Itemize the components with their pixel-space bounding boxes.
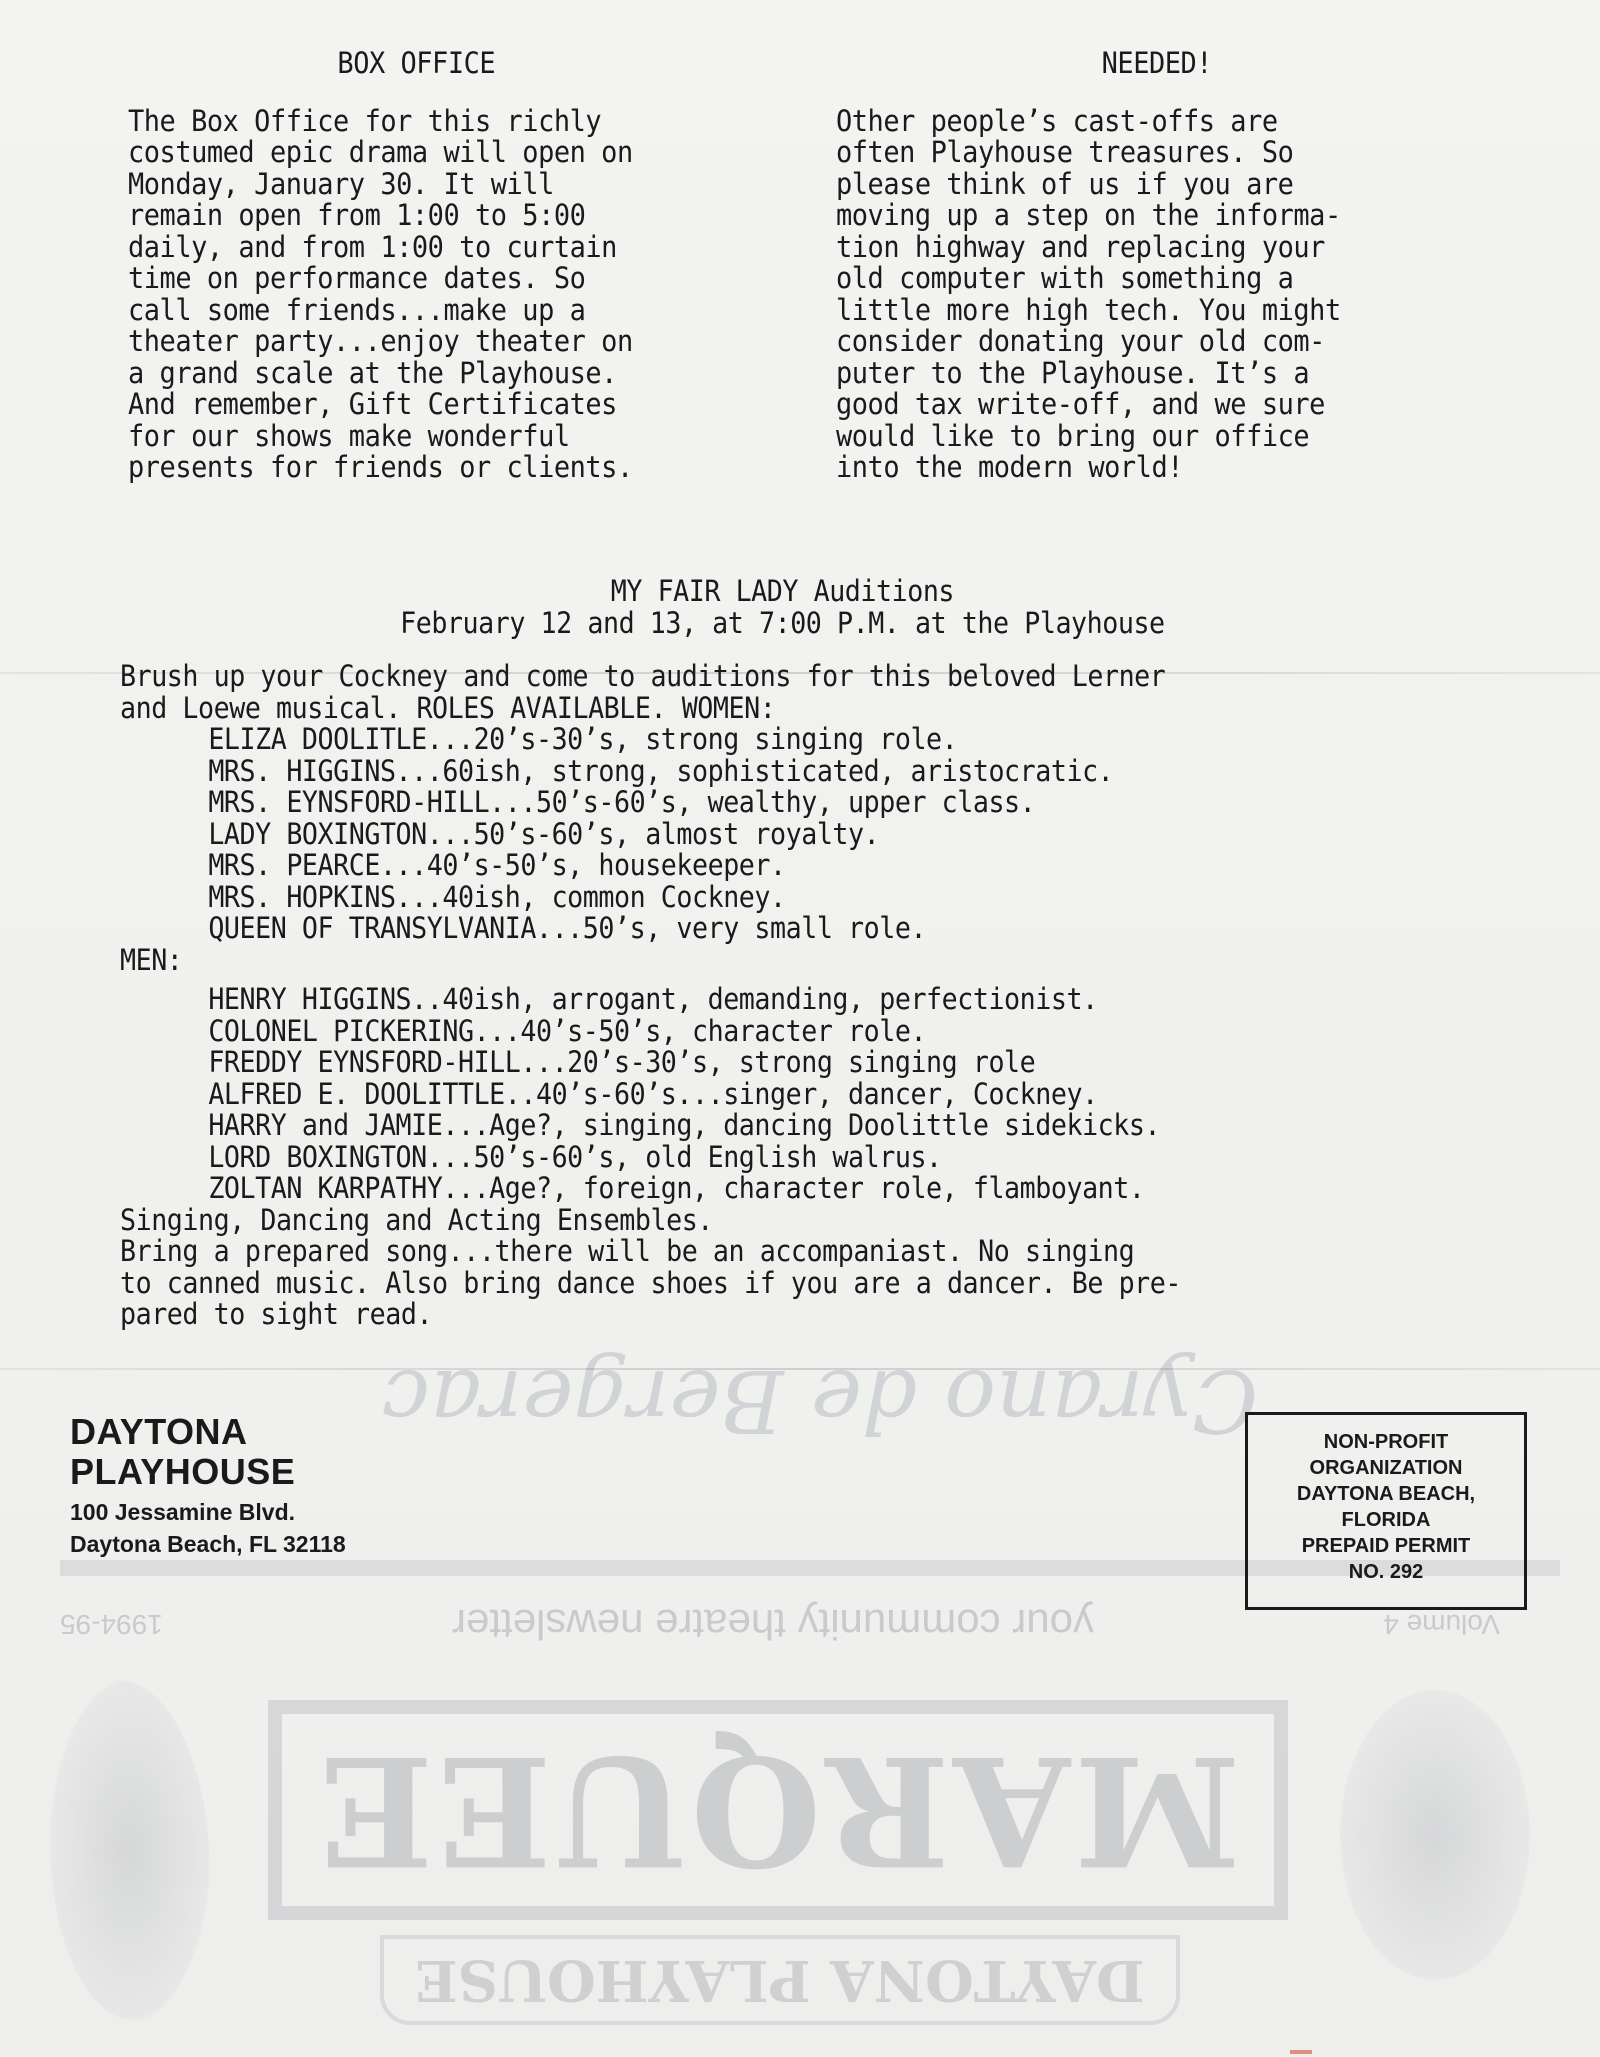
box-office-section: BOX OFFICE The Box Office for this richl… — [128, 48, 705, 484]
auditions-intro: Brush up your Cockney and come to auditi… — [120, 661, 1408, 724]
auditions-dates: February 12 and 13, at 7:00 P.M. at the … — [120, 608, 1408, 640]
role-item: ZOLTAN KARPATHY...Age?, foreign, charact… — [208, 1173, 1408, 1205]
permit-line: PREPAID PERMIT — [1248, 1533, 1524, 1559]
postage-permit-box: NON-PROFIT ORGANIZATION DAYTONA BEACH, F… — [1245, 1412, 1527, 1610]
role-item: HENRY HIGGINS..40ish, arrogant, demandin… — [208, 984, 1408, 1016]
bleed-through-masthead: MARQUEE — [268, 1700, 1288, 1920]
box-office-heading: BOX OFFICE — [128, 48, 705, 80]
role-item: MRS. EYNSFORD-HILL...50’s-60’s, wealthy,… — [208, 787, 1408, 819]
role-item: ALFRED E. DOOLITTLE..40’s-60’s...singer,… — [208, 1079, 1408, 1111]
role-item: COLONEL PICKERING...40’s-50’s, character… — [208, 1016, 1408, 1048]
street-address: 100 Jessamine Blvd. — [70, 1496, 346, 1528]
bleed-through-masthead-text: MARQUEE — [315, 1722, 1240, 1898]
box-office-body: The Box Office for this richly costumed … — [128, 106, 705, 484]
return-address: DAYTONA PLAYHOUSE 100 Jessamine Blvd. Da… — [70, 1412, 346, 1560]
permit-line: ORGANIZATION — [1248, 1455, 1524, 1481]
needed-body: Other people’s cast-offs are often Playh… — [836, 106, 1478, 484]
permit-line: NO. 292 — [1248, 1559, 1524, 1585]
org-name-line2: PLAYHOUSE — [70, 1452, 346, 1492]
fold-crease-lower — [0, 1368, 1600, 1370]
permit-line: NON-PROFIT — [1248, 1429, 1524, 1455]
bleed-through-season: 1994-95 — [60, 1608, 163, 1640]
bleed-through-volume: Volume 4 — [1383, 1608, 1500, 1640]
needed-heading: NEEDED! — [836, 48, 1478, 80]
auditions-section: MY FAIR LADY Auditions February 12 and 1… — [120, 576, 1408, 1331]
women-roles-list: ELIZA DOOLITLE...20’s-30’s, strong singi… — [120, 724, 1408, 945]
role-item: MRS. PEARCE...40’s-50’s, housekeeper. — [208, 850, 1408, 882]
bleed-through-subtitle: DAYTONA PLAYHOUSE — [415, 1947, 1145, 2013]
role-item: ELIZA DOOLITLE...20’s-30’s, strong singi… — [208, 724, 1408, 756]
bleed-through-cursive-title: Cyrano de Bergerac — [370, 1350, 1270, 1450]
men-label: MEN: — [120, 945, 1408, 977]
role-item: FREDDY EYNSFORD-HILL...20’s-30’s, strong… — [208, 1047, 1408, 1079]
role-item: QUEEN OF TRANSYLVANIA...50’s, very small… — [208, 913, 1408, 945]
bleed-through-tagline: your community theatre newsletter — [452, 1600, 1094, 1648]
bleed-through-mask-illustration-left — [50, 1680, 210, 2020]
bleed-through-subtitle-banner: DAYTONA PLAYHOUSE — [380, 1935, 1180, 2025]
auditions-closing: Bring a prepared song...there will be an… — [120, 1236, 1408, 1331]
role-item: MRS. HIGGINS...60ish, strong, sophistica… — [208, 756, 1408, 788]
bleed-through-mask-illustration-right — [1340, 1690, 1530, 1980]
ensembles-line: Singing, Dancing and Acting Ensembles. — [120, 1205, 1408, 1237]
city-state-zip: Daytona Beach, FL 32118 — [70, 1528, 346, 1560]
red-ink-mark — [1290, 2050, 1312, 2054]
role-item: LORD BOXINGTON...50’s-60’s, old English … — [208, 1142, 1408, 1174]
men-roles-list: HENRY HIGGINS..40ish, arrogant, demandin… — [120, 984, 1408, 1205]
org-name-line1: DAYTONA — [70, 1412, 346, 1452]
role-item: MRS. HOPKINS...40ish, common Cockney. — [208, 882, 1408, 914]
permit-line: FLORIDA — [1248, 1507, 1524, 1533]
needed-section: NEEDED! Other people’s cast-offs are oft… — [836, 48, 1478, 484]
newsletter-page: Cyrano de Bergerac Volume 4 your communi… — [0, 0, 1600, 2057]
role-item: LADY BOXINGTON...50’s-60’s, almost royal… — [208, 819, 1408, 851]
auditions-title: MY FAIR LADY Auditions — [120, 576, 1408, 608]
role-item: HARRY and JAMIE...Age?, singing, dancing… — [208, 1110, 1408, 1142]
permit-line: DAYTONA BEACH, — [1248, 1481, 1524, 1507]
